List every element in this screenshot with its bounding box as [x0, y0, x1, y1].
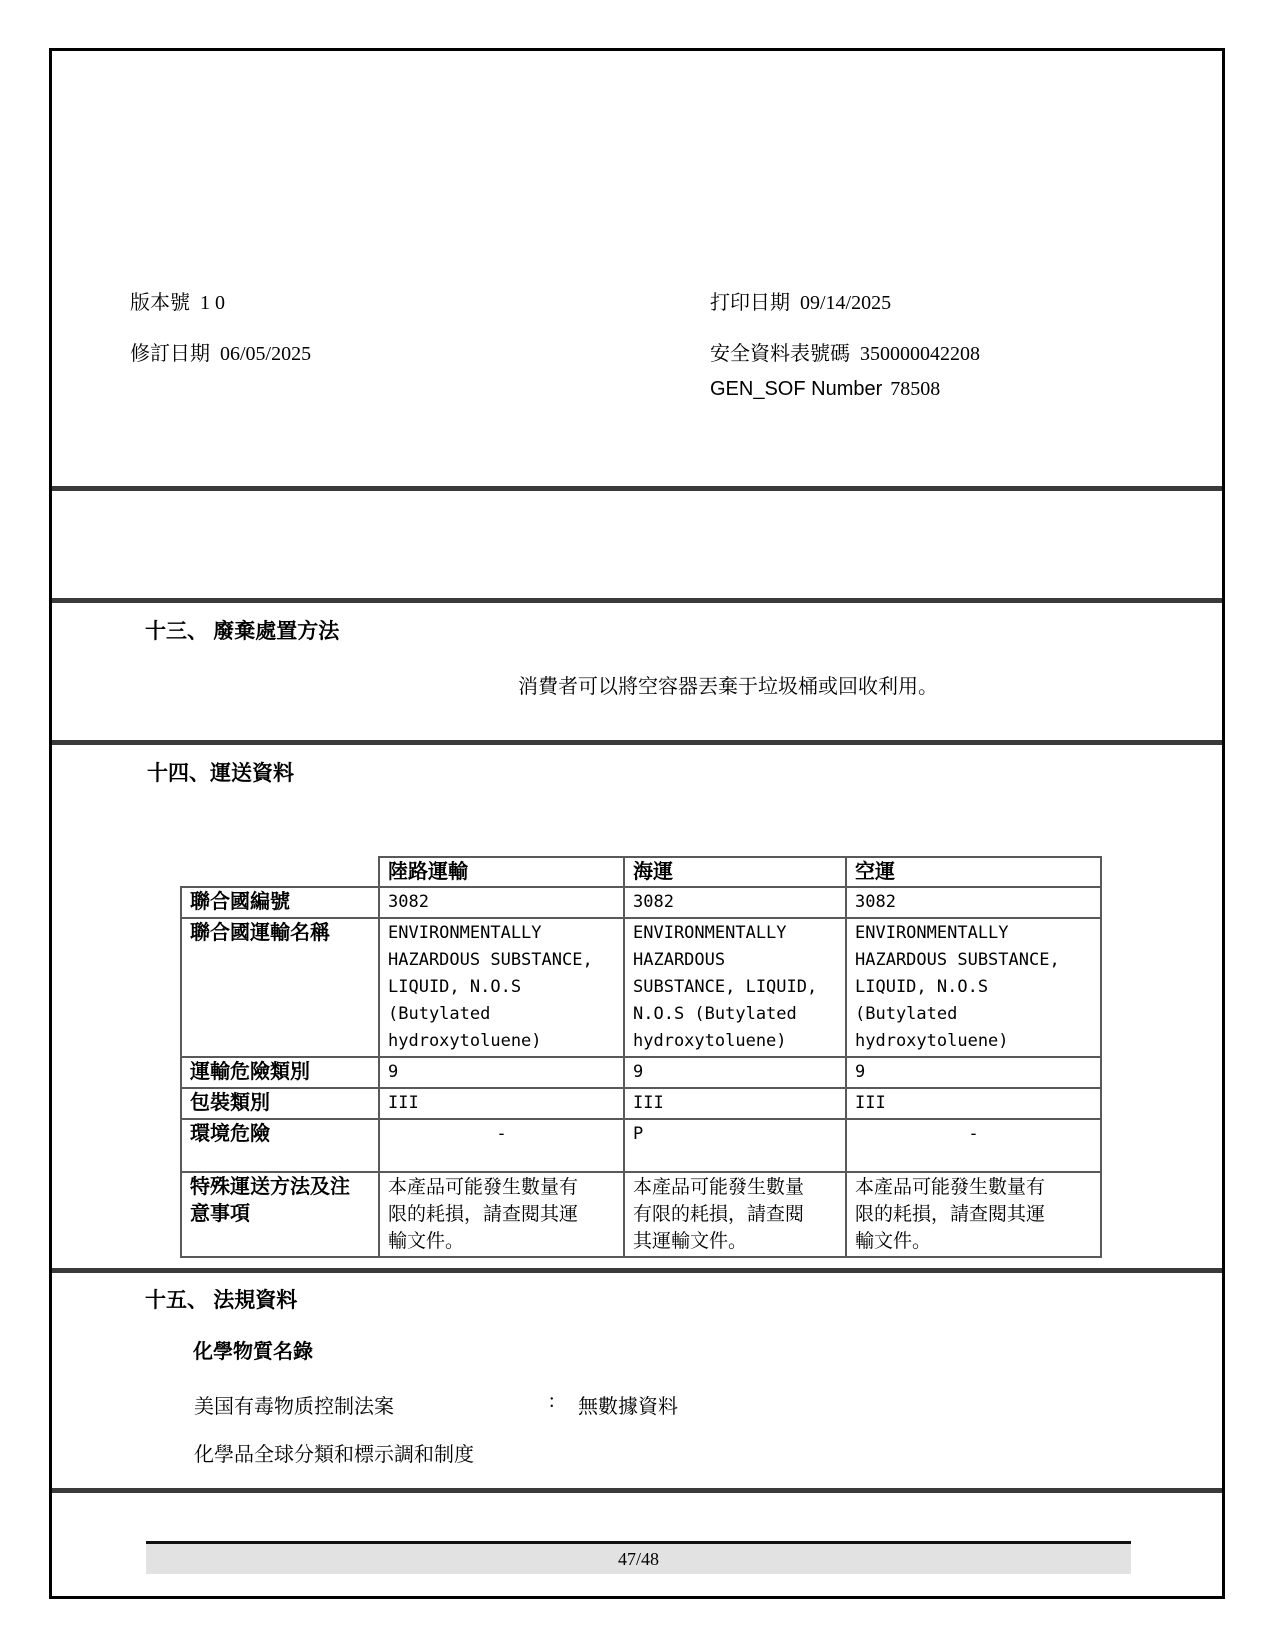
section13-body: 消費者可以將空容器丟棄于垃圾桶或回收利用。: [518, 670, 938, 699]
table-row-shipping-name: 聯合國運輸名稱 ENVIRONMENTALLY HAZARDOUS SUBSTA…: [181, 918, 1101, 1057]
table-cell: III: [846, 1088, 1101, 1119]
section-divider-2: [52, 598, 1222, 603]
sds-number-label: 安全資料表號碼: [710, 343, 850, 365]
row-label-environmental-hazard: 環境危險: [181, 1119, 379, 1172]
tsca-label: 美国有毒物质控制法案: [194, 1390, 394, 1419]
table-row-un-number: 聯合國編號 3082 3082 3082: [181, 887, 1101, 918]
revision-date-value: 06/05/2025: [220, 343, 311, 365]
row-label-shipping-name: 聯合國運輸名稱: [181, 918, 379, 1057]
table-cell: 3082: [379, 887, 624, 918]
table-row-special-precautions: 特殊運送方法及注 意事項 本產品可能發生數量有 限的耗損，請查閱其運 輸文件。 …: [181, 1172, 1101, 1257]
section-divider-4: [52, 1268, 1222, 1273]
transport-table: 陸路運輸 海運 空運 聯合國編號 3082 3082 3082 聯合國運輸名稱 …: [180, 856, 1102, 1258]
print-date-label: 打印日期: [710, 292, 790, 314]
tsca-line: 美国有毒物质控制法案 : 無數據資料: [194, 1390, 894, 1418]
table-cell: 本產品可能發生數量有 限的耗損，請查閱其運 輸文件。: [846, 1172, 1101, 1257]
row-label-packing-group: 包裝類別: [181, 1088, 379, 1119]
tsca-value: 無數據資料: [578, 1390, 678, 1419]
section-divider-5: [52, 1488, 1222, 1493]
table-cell: P: [624, 1119, 846, 1172]
tsca-separator: :: [549, 1390, 555, 1413]
table-cell: ENVIRONMENTALLY HAZARDOUS SUBSTANCE, LIQ…: [846, 918, 1101, 1057]
table-cell: 9: [624, 1057, 846, 1088]
print-date-line: 打印日期09/14/2025: [710, 286, 891, 315]
table-cell: III: [379, 1088, 624, 1119]
version-line: 版本號1 0: [130, 286, 225, 315]
col-header-sea: 海運: [624, 857, 846, 887]
table-row-environmental-hazard: 環境危險 - P -: [181, 1119, 1101, 1172]
section15-title: 十五、 法規資料: [145, 1284, 297, 1314]
table-cell: ENVIRONMENTALLY HAZARDOUS SUBSTANCE, LIQ…: [379, 918, 624, 1057]
table-header-row: 陸路運輸 海運 空運: [181, 857, 1101, 887]
ghs-line: 化學品全球分類和標示調和制度: [194, 1438, 474, 1467]
table-row-hazard-class: 運輸危險類別 9 9 9: [181, 1057, 1101, 1088]
table-cell: -: [846, 1119, 1101, 1172]
revision-date-label: 修訂日期: [130, 343, 210, 365]
table-cell: 3082: [624, 887, 846, 918]
page-border: 版本號1 0 打印日期09/14/2025 修訂日期06/05/2025 安全資…: [49, 48, 1225, 1599]
table-cell: 本產品可能發生數量 有限的耗損，請查閱 其運輸文件。: [624, 1172, 846, 1257]
section13-title: 十三、 廢棄處置方法: [145, 615, 339, 645]
section-divider-3: [52, 740, 1222, 745]
row-label-special-precautions: 特殊運送方法及注 意事項: [181, 1172, 379, 1257]
version-value: 1 0: [200, 292, 225, 314]
chemical-inventory-heading: 化學物質名錄: [193, 1335, 313, 1364]
col-header-land: 陸路運輸: [379, 857, 624, 887]
section-divider-1: [52, 486, 1222, 491]
sds-number-line: 安全資料表號碼350000042208: [710, 337, 980, 366]
table-cell: III: [624, 1088, 846, 1119]
version-label: 版本號: [130, 292, 190, 314]
print-date-value: 09/14/2025: [800, 292, 891, 314]
table-cell: 本產品可能發生數量有 限的耗損，請查閱其運 輸文件。: [379, 1172, 624, 1257]
revision-date-line: 修訂日期06/05/2025: [130, 337, 311, 366]
row-label-hazard-class: 運輸危險類別: [181, 1057, 379, 1088]
sds-number-value: 350000042208: [860, 343, 980, 365]
table-cell: ENVIRONMENTALLY HAZARDOUS SUBSTANCE, LIQ…: [624, 918, 846, 1057]
page-number-bar: 47/48: [146, 1541, 1131, 1574]
table-cell: 9: [379, 1057, 624, 1088]
section14-title: 十四、運送資料: [147, 757, 294, 787]
table-row-packing-group: 包裝類別 III III III: [181, 1088, 1101, 1119]
col-header-air: 空運: [846, 857, 1101, 887]
gen-sof-value: 78508: [890, 378, 940, 400]
row-label-un-number: 聯合國編號: [181, 887, 379, 918]
gen-sof-line: GEN_SOF Number78508: [710, 378, 940, 401]
table-cell: 9: [846, 1057, 1101, 1088]
page-number: 47/48: [618, 1549, 659, 1569]
table-corner-blank: [181, 857, 379, 887]
table-cell: -: [379, 1119, 624, 1172]
table-cell: 3082: [846, 887, 1101, 918]
gen-sof-label: GEN_SOF Number: [710, 378, 882, 400]
